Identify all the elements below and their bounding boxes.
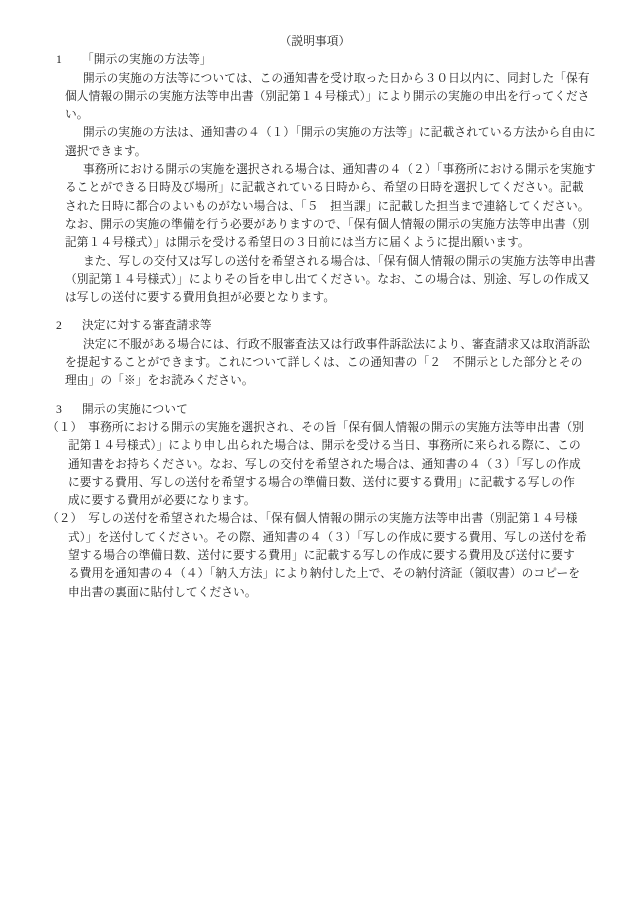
paragraph: 事務所における開示の実施を選択される場合は、通知書の４（２）「事務所における開示… [65, 161, 630, 252]
paragraph: 開示の実施の方法等については、この通知書を受け取った日から３０日以内に、同封した… [65, 70, 630, 125]
section-1-number: 1 [56, 51, 82, 69]
paragraph: 開示の実施の方法は、通知書の４（１）「開示の実施の方法等」に記載されている方法か… [65, 124, 630, 161]
section-disclosure-implementation: 3開示の実施について （１） 事務所における開示の実施を選択され、その旨「保有個… [0, 401, 630, 602]
numbered-item-1: （１） 事務所における開示の実施を選択され、その旨「保有個人情報の開示の実施方法… [68, 419, 630, 510]
doc-title: （説明事項） [0, 33, 630, 51]
section-3-title: 開示の実施について [82, 403, 188, 416]
numbered-item-2: （２） 写しの送付を希望された場合は、「保有個人情報の開示の実施方法等申出書（別… [68, 510, 630, 601]
section-disclosure-methods: 1「開示の実施の方法等」 開示の実施の方法等については、この通知書を受け取った日… [0, 51, 630, 307]
section-1-header: 1「開示の実施の方法等」 [56, 51, 630, 69]
section-2-header: 2決定に対する審査請求等 [56, 317, 630, 335]
section-2-number: 2 [56, 317, 82, 335]
section-3-number: 3 [56, 401, 82, 419]
document-page: （説明事項） 1「開示の実施の方法等」 開示の実施の方法等については、この通知書… [0, 0, 630, 903]
section-3-header: 3開示の実施について [56, 401, 630, 419]
section-2-title: 決定に対する審査請求等 [82, 319, 212, 332]
paragraph: 決定に不服がある場合には、行政不服審査法又は行政事件訴訟法により、審査請求又は取… [65, 336, 630, 391]
section-appeal-requests: 2決定に対する審査請求等 決定に不服がある場合には、行政不服審査法又は行政事件訴… [0, 317, 630, 390]
paragraph: また、写しの交付又は写しの送付を希望される場合は、「保有個人情報の開示の実施方法… [65, 253, 630, 308]
section-1-title: 「開示の実施の方法等」 [82, 53, 212, 66]
